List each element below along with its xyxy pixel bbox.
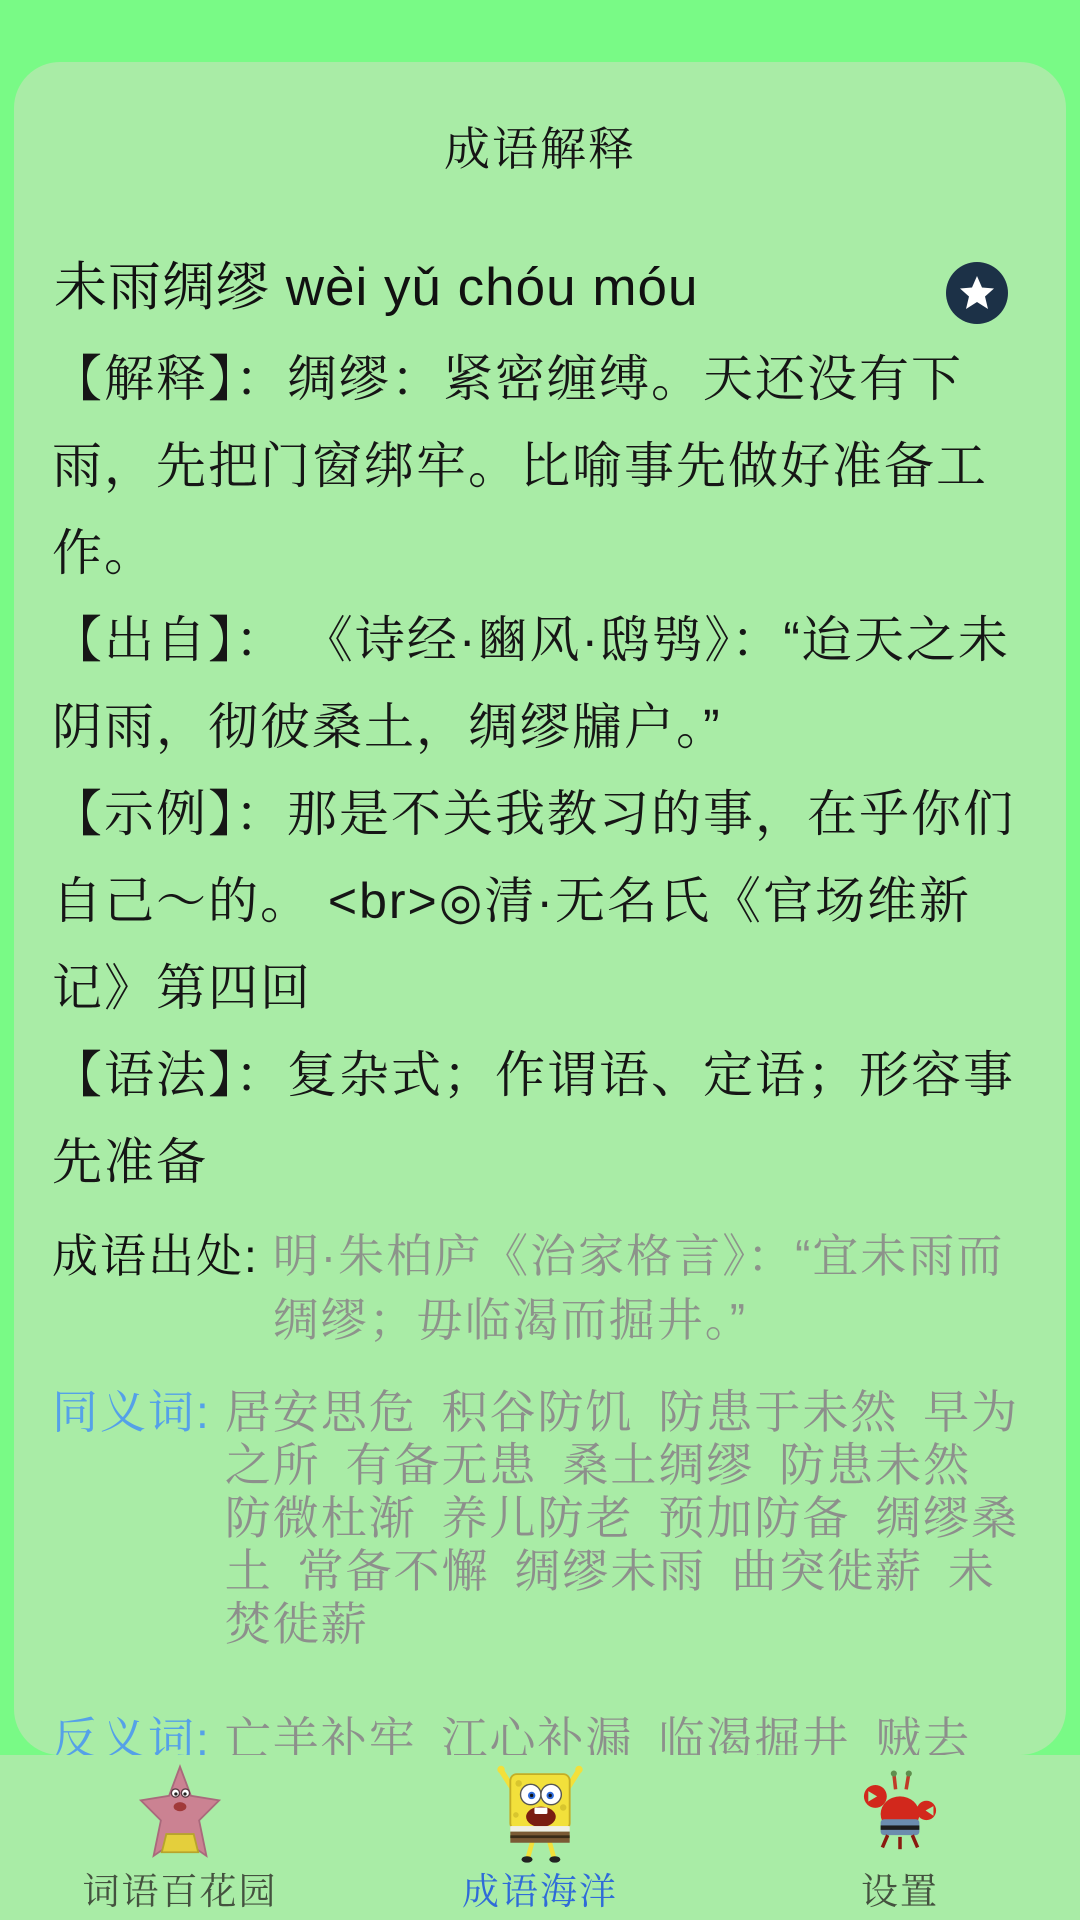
mr-krabs-icon (856, 1763, 944, 1865)
section-label: 成语出处: (52, 1224, 259, 1352)
page-title: 成语解释 (40, 118, 1040, 180)
tab-bar: 词语百花园 (0, 1755, 1080, 1920)
section-label: 同义词: (52, 1386, 211, 1651)
antonyms-section: 反义词: 亡羊补牢 江心补漏 临渴掘井 贼去 (40, 1713, 1040, 1755)
section-value: 明·朱柏庐《治家格言》：“宜未雨而绸缪；毋临渴而掘井。” (273, 1224, 1028, 1352)
synonyms-section: 同义词: 居安思危 积谷防饥 防患于未然 早为之所 有备无患 桑土绸缪 防患未然… (40, 1386, 1040, 1651)
idiom-source-section: 成语出处: 明·朱柏庐《治家格言》：“宜未雨而绸缪；毋临渴而掘井。” (40, 1224, 1040, 1352)
paragraph-example: 【示例】：那是不关我教习的事，在乎你们自己～的。 <br>◎清·无名氏《官场维新… (52, 771, 1028, 1032)
idiom-pinyin: wèi yǔ chóu móu (286, 258, 699, 317)
tab-label: 词语百花园 (83, 1871, 278, 1913)
paragraph-grammar: 【语法】：复杂式；作谓语、定语；形容事先准备 (52, 1032, 1028, 1206)
idiom-word: 未雨绸缪 (54, 258, 270, 317)
tab-label: 成语海洋 (462, 1871, 618, 1913)
spongebob-icon (490, 1763, 590, 1865)
tab-idiom-ocean[interactable]: 成语海洋 (360, 1755, 720, 1920)
section-value: 亡羊补牢 江心补漏 临渴掘井 贼去 (225, 1713, 1028, 1755)
tab-label: 设置 (861, 1871, 939, 1913)
screen: { "header": { "title": "成语解释" }, "idiom"… (0, 0, 1080, 1920)
idiom-title: 未雨绸缪 wèi yǔ chóu móu (54, 256, 946, 320)
favorite-button[interactable] (946, 262, 1008, 324)
section-label: 反义词: (52, 1713, 211, 1755)
paragraph-source: 【出自】： 《诗经·豳风·鸱鸮》：“迨天之未阴雨，彻彼桑土，绸缪牖户。” (52, 597, 1028, 771)
tab-settings[interactable]: 设置 (720, 1755, 1080, 1920)
patrick-star-icon (134, 1763, 226, 1865)
section-value: 居安思危 积谷防饥 防患于未然 早为之所 有备无患 桑土绸缪 防患未然 防微杜渐… (225, 1386, 1028, 1651)
definition-text: 【解释】：绸缪：紧密缠缚。天还没有下雨，先把门窗绑牢。比喻事先做好准备工作。 【… (40, 336, 1040, 1206)
star-icon (957, 273, 997, 313)
idiom-header: 未雨绸缪 wèi yǔ chóu móu (40, 252, 1040, 324)
tab-word-garden[interactable]: 词语百花园 (0, 1755, 360, 1920)
content-card: 成语解释 未雨绸缪 wèi yǔ chóu móu 【解释】：绸缪：紧密缠缚。天… (14, 62, 1066, 1755)
paragraph-explain: 【解释】：绸缪：紧密缠缚。天还没有下雨，先把门窗绑牢。比喻事先做好准备工作。 (52, 336, 1028, 597)
